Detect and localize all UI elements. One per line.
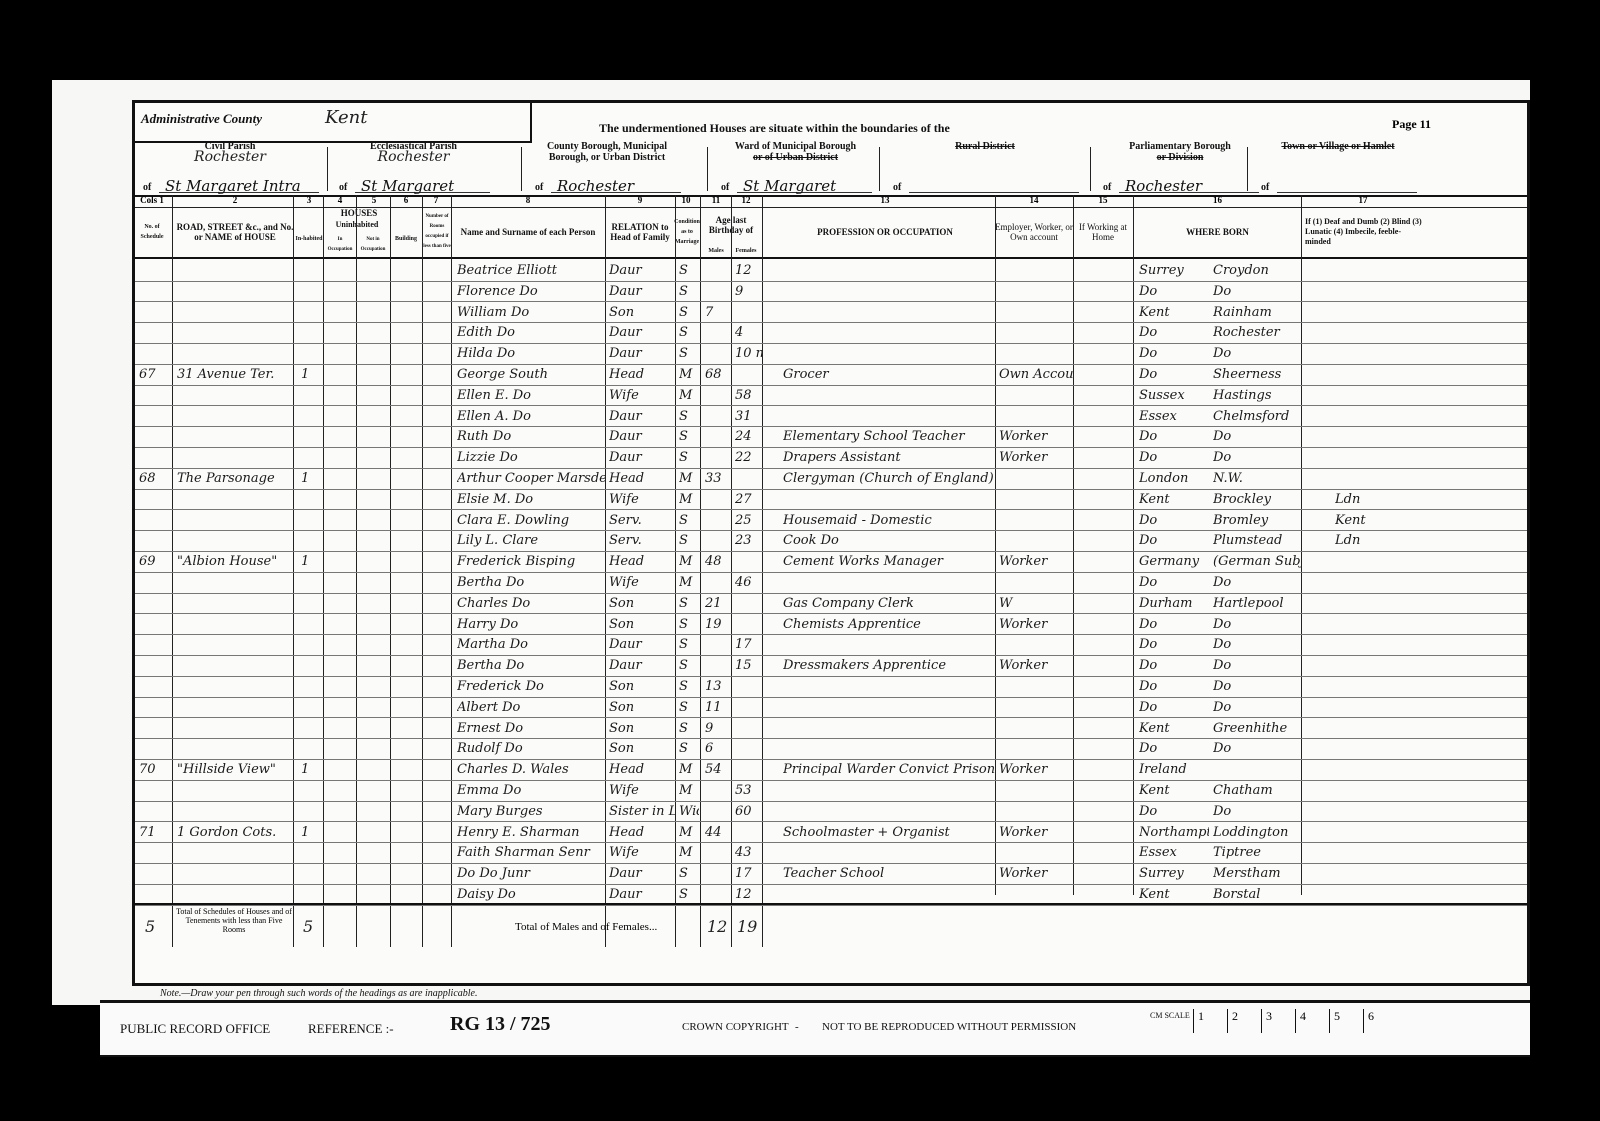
row-employer [999,717,1073,738]
row-condition: S [679,717,699,738]
row-age-male [705,321,731,342]
row-employer: Worker [999,862,1073,883]
table-row: Ernest DoSonS9KentGreenhithe [135,717,1527,740]
row-schedule: 70 [139,758,169,779]
row-address [177,425,293,446]
row-infirmity-note [1335,654,1415,675]
table-row: 6731 Avenue Ter.1George SouthHeadM68Groc… [135,363,1527,386]
row-born-place: Do [1213,280,1301,301]
row-schedule [139,259,169,280]
row-age-male [705,405,731,426]
row-inhabited [301,488,321,509]
row-occupation: Clergyman (Church of England) [783,467,995,488]
parliamentary-borough-label: Parliamentary Borough [1095,141,1265,152]
row-address [177,737,293,758]
row-age-male [705,883,731,904]
ward-value: St Margaret [737,181,872,193]
of-label: of [1261,182,1269,193]
row-name: Ellen A. Do [457,405,605,426]
row-born-place: Chelmsford [1213,405,1301,426]
row-born-place: Do [1213,633,1301,654]
row-born-place: Do [1213,446,1301,467]
row-employer: Worker [999,550,1073,571]
col-num: 13 [775,195,995,205]
row-infirmity-note [1335,592,1415,613]
boundary-text: The undermentioned Houses are situate wi… [599,121,950,136]
row-schedule [139,737,169,758]
row-inhabited [301,654,321,675]
row-schedule [139,800,169,821]
row-name: Lizzie Do [457,446,605,467]
row-relation: Son [609,696,675,717]
scale-mark: 4 [1295,1009,1329,1033]
col-num: 7 [423,195,449,205]
row-condition: S [679,509,699,530]
row-employer [999,737,1073,758]
civil-parish-value: St Margaret Intra [159,181,319,193]
row-infirmity-note [1335,259,1415,280]
row-occupation [783,675,995,696]
col-num: 11 [701,195,731,205]
row-address [177,717,293,738]
row-infirmity-note [1335,821,1415,842]
row-age-male [705,800,731,821]
row-inhabited [301,321,321,342]
row-relation: Wife [609,779,675,800]
row-condition: M [679,841,699,862]
row-age-male [705,529,731,550]
row-relation: Son [609,613,675,634]
divider [707,147,708,191]
row-inhabited [301,405,321,426]
row-born-place: (German Subject) [1213,550,1301,571]
row-condition: S [679,425,699,446]
row-age-male [705,654,731,675]
of-label: of [143,182,151,193]
row-schedule [139,613,169,634]
table-row: Lizzie DoDaurS22Drapers AssistantWorkerD… [135,446,1527,469]
row-schedule [139,405,169,426]
row-name: Edith Do [457,321,605,342]
row-relation: Daur [609,342,675,363]
row-schedule [139,592,169,613]
col-num: 2 [175,195,295,205]
row-inhabited [301,737,321,758]
row-occupation: Dressmakers Apprentice [783,654,995,675]
row-address: "Albion House" [177,550,293,571]
row-born-county: Ireland [1139,758,1209,779]
row-condition: S [679,529,699,550]
row-address [177,613,293,634]
table-row: Martha DoDaurS17DoDo [135,633,1527,656]
row-born-place: Do [1213,675,1301,696]
row-condition: M [679,384,699,405]
row-name: Charles Do [457,592,605,613]
column-headers: Cols 1 2 3 4 5 6 7 8 9 10 11 12 13 14 15… [135,195,1527,259]
table-row: Hilda DoDaurS10 moDoDo [135,342,1527,365]
row-born-place: Rainham [1213,301,1301,322]
row-age-female: 9 [735,280,762,301]
town-village-field: Town or Village or Hamlet of [1253,141,1423,195]
row-age-female: 60 [735,800,762,821]
row-occupation [783,696,995,717]
col-infirmity: If (1) Deaf and Dumb (2) Blind (3) Lunat… [1305,207,1423,257]
row-occupation: Schoolmaster + Organist [783,821,995,842]
civil-parish-field: Civil Parish Rochester of St Margaret In… [135,141,325,195]
row-occupation [783,405,995,426]
scale-mark: 1 [1193,1009,1227,1033]
row-born-county: Do [1139,529,1209,550]
row-age-female [735,613,762,634]
table-row: 69"Albion House"1Frederick BispingHeadM4… [135,550,1527,573]
row-born-county: Do [1139,675,1209,696]
row-inhabited: 1 [301,363,321,384]
row-age-female: 58 [735,384,762,405]
row-inhabited [301,633,321,654]
divider [1247,147,1248,191]
row-age-female [735,467,762,488]
row-relation: Sister in Law [609,800,675,821]
row-address: 1 Gordon Cots. [177,821,293,842]
row-schedule [139,321,169,342]
row-inhabited [301,571,321,592]
row-relation: Serv. [609,509,675,530]
row-condition: S [679,862,699,883]
row-born-place: Do [1213,342,1301,363]
row-schedule [139,654,169,675]
col-num: 12 [731,195,761,205]
row-born-county: Germany [1139,550,1209,571]
row-address: "Hillside View" [177,758,293,779]
footer-office: PUBLIC RECORD OFFICE [120,1021,270,1037]
row-relation: Head [609,758,675,779]
row-employer [999,301,1073,322]
row-schedule [139,675,169,696]
row-address [177,529,293,550]
col-num: 9 [605,195,675,205]
row-born-place: Hastings [1213,384,1301,405]
col-in-occupation: In Occupation [325,233,355,257]
row-inhabited [301,592,321,613]
row-born-county: Durham [1139,592,1209,613]
row-schedule: 67 [139,363,169,384]
row-address [177,883,293,904]
row-relation: Daur [609,633,675,654]
row-address [177,654,293,675]
row-employer: Worker [999,654,1073,675]
row-inhabited [301,259,321,280]
row-occupation: Elementary School Teacher [783,425,995,446]
row-age-male [705,384,731,405]
table-row: Florence DoDaurS9DoDo [135,280,1527,303]
col-schedule: No. of Schedule [135,207,169,257]
row-name: Clara E. Dowling [457,509,605,530]
row-born-county: Kent [1139,779,1209,800]
row-schedule [139,571,169,592]
row-age-male [705,488,731,509]
row-relation: Head [609,821,675,842]
row-occupation [783,280,995,301]
col-males: Males [701,245,731,257]
row-employer [999,675,1073,696]
row-schedule [139,696,169,717]
row-name: Do Do Junr [457,862,605,883]
row-age-female: 4 [735,321,762,342]
row-relation: Wife [609,841,675,862]
row-born-county: Do [1139,633,1209,654]
row-age-female: 46 [735,571,762,592]
row-name: Charles D. Wales [457,758,605,779]
col-condition: Condition as to Marriage [675,207,699,257]
row-inhabited [301,675,321,696]
row-born-county: Kent [1139,717,1209,738]
row-born-county: Do [1139,571,1209,592]
row-condition: S [679,675,699,696]
row-occupation: Drapers Assistant [783,446,995,467]
row-relation: Son [609,737,675,758]
row-age-female: 17 [735,633,762,654]
row-age-male: 21 [705,592,731,613]
row-age-female [735,301,762,322]
row-name: Mary Burges [457,800,605,821]
row-infirmity-note [1335,613,1415,634]
of-label: of [535,182,543,193]
row-address [177,509,293,530]
divider [327,147,328,191]
row-inhabited [301,779,321,800]
row-age-male: 11 [705,696,731,717]
row-born-county: Surrey [1139,862,1209,883]
row-age-female: 25 [735,509,762,530]
row-occupation: Grocer [783,363,995,384]
row-employer: Worker [999,758,1073,779]
row-relation: Head [609,550,675,571]
row-born-county: Do [1139,696,1209,717]
row-inhabited [301,280,321,301]
row-employer [999,384,1073,405]
row-age-male [705,280,731,301]
row-name: Lily L. Clare [457,529,605,550]
ecclesiastical-parish-value: St Margaret [355,181,490,193]
row-infirmity-note [1335,800,1415,821]
row-infirmity-note [1335,862,1415,883]
ecclesiastical-parish-field: Ecclesiastical Parish Rochester of St Ma… [331,141,496,195]
of-label: of [721,182,729,193]
col-inhabited: In-habited [295,221,323,257]
row-employer [999,571,1073,592]
footer-scale-label: CM SCALE [1150,1011,1186,1020]
row-inhabited [301,800,321,821]
row-born-county: Do [1139,342,1209,363]
municipal-borough-label2: Borough, or Urban District [527,152,687,163]
row-age-male: 68 [705,363,731,384]
row-relation: Wife [609,571,675,592]
row-infirmity-note [1335,280,1415,301]
row-employer [999,280,1073,301]
row-occupation [783,717,995,738]
row-born-place: Tiptree [1213,841,1301,862]
row-age-male: 9 [705,717,731,738]
row-born-county: Essex [1139,841,1209,862]
row-schedule [139,301,169,322]
row-name: Albert Do [457,696,605,717]
row-born-place: Borstal [1213,883,1301,904]
row-age-male [705,862,731,883]
row-condition: S [679,259,699,280]
row-age-female: 15 [735,654,762,675]
row-age-male: 44 [705,821,731,842]
totals-row: 5 Total of Schedules of Houses and of Te… [135,903,1527,951]
row-born-county: Do [1139,321,1209,342]
row-occupation [783,342,995,363]
of-label: of [1103,182,1111,193]
table-row: 68The Parsonage1Arthur Cooper MarsdenHea… [135,467,1527,490]
row-relation: Daur [609,862,675,883]
town-village-value [1277,192,1417,193]
form-header: Administrative County Kent The underment… [135,103,1527,197]
row-occupation: Gas Company Clerk [783,592,995,613]
row-condition: S [679,737,699,758]
row-infirmity-note: Ldn [1335,488,1415,509]
row-employer [999,841,1073,862]
row-occupation [783,633,995,654]
row-born-county: Do [1139,425,1209,446]
row-born-place: Do [1213,737,1301,758]
row-condition: S [679,654,699,675]
row-age-male: 6 [705,737,731,758]
row-inhabited: 1 [301,821,321,842]
col-building: Building [391,221,421,257]
row-infirmity-note [1335,425,1415,446]
row-condition: S [679,696,699,717]
row-occupation: Housemaid - Domestic [783,509,995,530]
footer-permission: NOT TO BE REPRODUCED WITHOUT PERMISSION [822,1021,1076,1033]
table-row: Ellen E. DoWifeM58SussexHastings [135,384,1527,407]
row-inhabited [301,301,321,322]
row-occupation [783,321,995,342]
table-row: Lily L. ClareServ.S23Cook DoDoPlumsteadL… [135,529,1527,552]
rural-district-label: Rural District [885,141,1085,152]
row-occupation: Teacher School [783,862,995,883]
row-relation: Son [609,675,675,696]
scale-mark: 2 [1227,1009,1261,1033]
row-age-female: 53 [735,779,762,800]
row-age-female: 12 [735,259,762,280]
table-row: Mary BurgesSister in LawWid60DoDo [135,800,1527,823]
row-condition: S [679,405,699,426]
table-row: Bertha DoDaurS15Dressmakers ApprenticeWo… [135,654,1527,677]
col-not-in-occupation: Not in Occupation [357,233,389,257]
row-name: Arthur Cooper Marsden [457,467,605,488]
row-inhabited: 1 [301,550,321,571]
row-address [177,342,293,363]
row-infirmity-note [1335,883,1415,904]
row-occupation [783,841,995,862]
row-born-place: Do [1213,654,1301,675]
row-born-place: Do [1213,696,1301,717]
row-infirmity-note [1335,405,1415,426]
row-schedule [139,509,169,530]
row-address [177,592,293,613]
row-employer [999,342,1073,363]
row-schedule [139,446,169,467]
row-born-county: Essex [1139,405,1209,426]
row-infirmity-note [1335,342,1415,363]
row-inhabited [301,696,321,717]
row-name: Harry Do [457,613,605,634]
table-row: 70"Hillside View"1Charles D. WalesHeadM5… [135,758,1527,781]
row-age-male [705,633,731,654]
row-condition: Wid [679,800,699,821]
row-condition: M [679,821,699,842]
table-row: Charles DoSonS21Gas Company ClerkWDurham… [135,592,1527,615]
row-employer [999,321,1073,342]
table-row: Albert DoSonS11DoDo [135,696,1527,719]
col-num: 4 [325,195,355,205]
col-num: 10 [675,195,697,205]
row-born-county: Surrey [1139,259,1209,280]
row-age-male [705,446,731,467]
footer-reference-label: REFERENCE :- [308,1021,394,1037]
row-condition: M [679,488,699,509]
row-inhabited [301,862,321,883]
row-employer [999,259,1073,280]
footer-dash: - [795,1021,799,1033]
row-employer: Worker [999,425,1073,446]
col-working-home: If Working at Home [1073,207,1133,257]
row-condition: S [679,446,699,467]
municipal-borough-field: County Borough, Municipal Borough, or Ur… [527,141,687,195]
row-employer [999,509,1073,530]
footer-reference: RG 13 / 725 [450,1013,551,1036]
row-born-place: Do [1213,800,1301,821]
row-inhabited [301,509,321,530]
row-age-male [705,425,731,446]
row-born-place: Do [1213,613,1301,634]
row-employer: Own Account [999,363,1073,384]
row-address [177,571,293,592]
row-age-female [735,592,762,613]
admin-county-label: Administrative County [141,111,262,127]
row-inhabited: 1 [301,758,321,779]
total-schedules-label: Total of Schedules of Houses and of Tene… [175,907,293,934]
row-born-place: Rochester [1213,321,1301,342]
footer-copyright: CROWN COPYRIGHT [682,1021,789,1033]
col-num: 5 [357,195,391,205]
row-infirmity-note: Ldn [1335,529,1415,550]
row-name: Bertha Do [457,571,605,592]
divider [879,147,880,191]
row-name: Ruth Do [457,425,605,446]
table-row: William DoSonS7KentRainham [135,301,1527,324]
row-inhabited [301,342,321,363]
row-name: Frederick Do [457,675,605,696]
row-occupation [783,737,995,758]
row-infirmity-note [1335,633,1415,654]
row-infirmity-note [1335,758,1415,779]
row-age-female [735,758,762,779]
archive-footer: PUBLIC RECORD OFFICE REFERENCE :- RG 13 … [100,1000,1530,1057]
ward-label2: or of Urban District [713,152,878,163]
col-uninhabited: Uninhabited [325,219,389,231]
row-condition: S [679,301,699,322]
row-employer [999,633,1073,654]
total-schedules: 5 [145,917,155,936]
row-age-female: 12 [735,883,762,904]
row-age-female [735,821,762,842]
row-address [177,321,293,342]
ward-field: Ward of Municipal Borough or of Urban Di… [713,141,878,195]
